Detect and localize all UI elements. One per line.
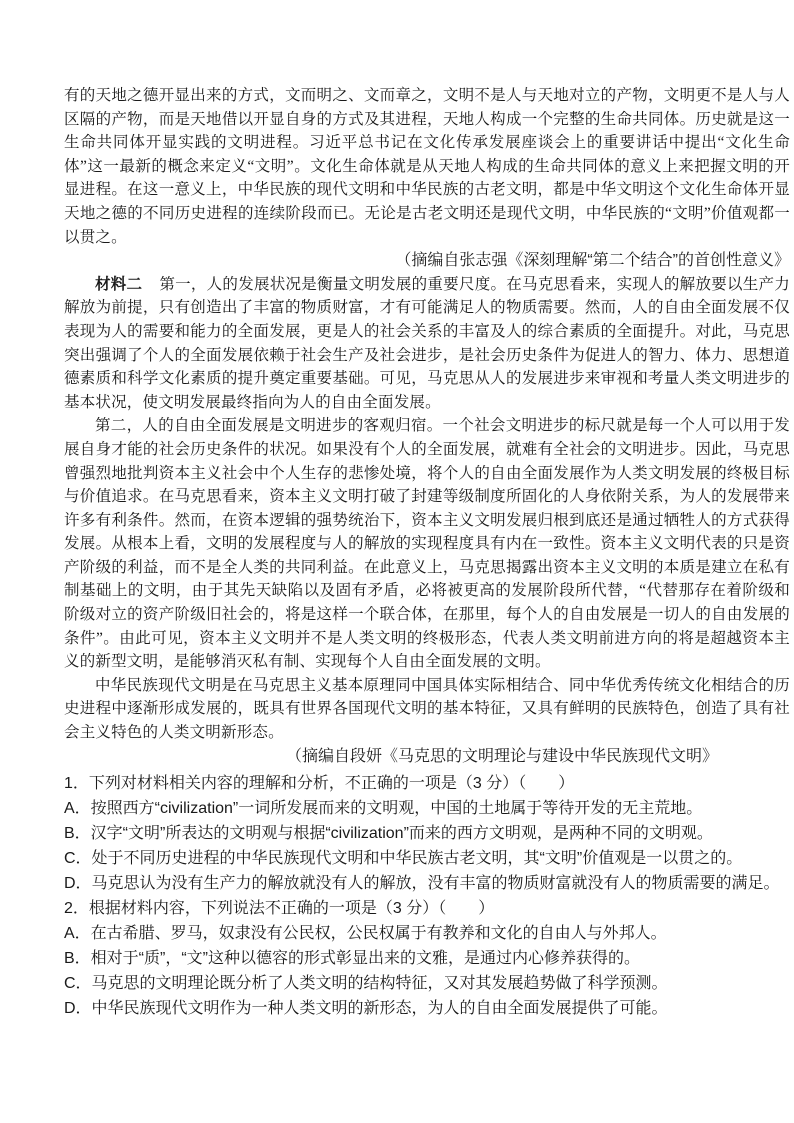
- material-two-paragraph-3: 中华民族现代文明是在马克思主义基本原理同中国具体实际相结合、同中华优秀传统文化相…: [64, 674, 790, 745]
- question-1-option-b: B．汉字“文明”所表达的文明观与根据“civilization”而来的西方文明观…: [64, 821, 790, 846]
- question-2-stem: 2．根据材料内容，下列说法不正确的一项是（3 分）（ ）: [64, 896, 790, 921]
- question-2-option-d: D．中华民族现代文明作为一种人类文明的新形态，为人的自由全面发展提供了可能。: [64, 996, 790, 1021]
- material-two-paragraph-2: 第二，人的自由全面发展是文明进步的客观归宿。一个社会文明进步的标尺就是每一个人可…: [64, 414, 790, 674]
- material-two-attribution: （摘编自段妍《马克思的文明理论与建设中华民族现代文明》: [64, 745, 790, 769]
- material-one-attribution: （摘编自张志强《深刻理解“第二个结合”的首创性意义》: [64, 249, 790, 273]
- question-1-option-d: D．马克思认为没有生产力的解放就没有人的解放，没有丰富的物质财富就没有人的物质需…: [64, 871, 790, 896]
- question-1-option-c: C．处于不同历史进程的中华民族现代文明和中华民族古老文明，其“文明”价值观是一以…: [64, 846, 790, 871]
- question-1-option-a: A．按照西方“civilization”一词所发展而来的文明观，中国的土地属于等…: [64, 796, 790, 821]
- questions-section: 1．下列对材料相关内容的理解和分析，不正确的一项是（3 分）（ ） A．按照西方…: [64, 771, 790, 1021]
- question-2-option-a: A．在古希腊、罗马，奴隶没有公民权，公民权属于有教养和文化的自由人与外邦人。: [64, 921, 790, 946]
- material-two-paragraph-1-text: 第一，人的发展状况是衡量文明发展的重要尺度。在马克思看来，实现人的解放要以生产力…: [64, 276, 790, 411]
- question-2-option-c: C．马克思的文明理论既分析了人类文明的结构特征，又对其发展趋势做了科学预测。: [64, 971, 790, 996]
- material-two-paragraph-1: 材料二第一，人的发展状况是衡量文明发展的重要尺度。在马克思看来，实现人的解放要以…: [64, 273, 790, 415]
- question-1-stem: 1．下列对材料相关内容的理解和分析，不正确的一项是（3 分）（ ）: [64, 771, 790, 796]
- material-two-label: 材料二: [95, 276, 142, 293]
- exam-document-page: 有的天地之德开显出来的方式，文而明之、文而章之，文明不是人与天地对立的产物，文明…: [0, 0, 794, 1123]
- question-2-option-b: B．相对于“质”，“文”这种以德容的形式彰显出来的文雅，是通过内心修养获得的。: [64, 946, 790, 971]
- material-one-continuation-paragraph: 有的天地之德开显出来的方式，文而明之、文而章之，文明不是人与天地对立的产物，文明…: [64, 84, 790, 249]
